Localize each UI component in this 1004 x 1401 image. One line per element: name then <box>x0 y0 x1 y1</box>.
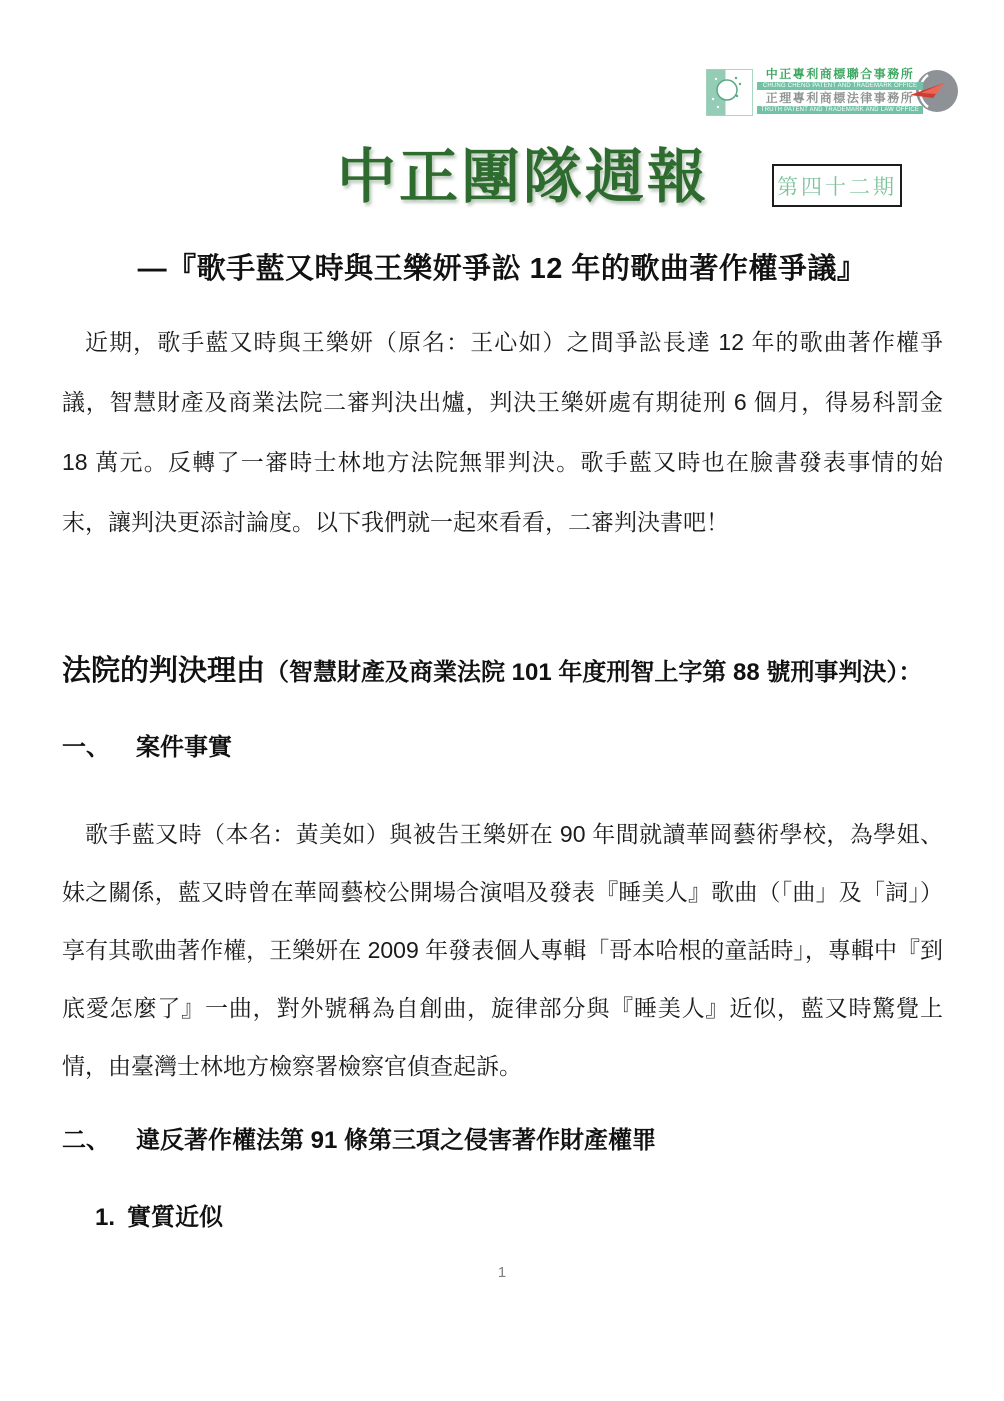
ruling-heading: 法院的判決理由（智慧財產及商業法院 101 年度刑智上字第 88 號刑事判決）： <box>62 648 922 689</box>
firm-name-en-2: TRUTH PATENT AND TRADEMARK AND LAW OFFIC… <box>757 106 923 114</box>
section2-title: 違反著作權法第 91 條第三項之侵害著作財產權罪 <box>136 1127 656 1154</box>
case-facts-paragraph: 歌手藍又時（本名：黃美如）與被告王樂妍在 90 年間就讀華岡藝術學校，為學姐、妹… <box>62 805 943 1095</box>
page-number: 1 <box>0 1264 1004 1281</box>
section1-number: 一、 <box>62 727 110 762</box>
subsection1-number: 1. <box>95 1204 115 1232</box>
section2-heading: 二、違反著作權法第 91 條第三項之侵害著作財產權罪 <box>62 1120 656 1155</box>
subsection1-heading: 1.實質近似 <box>95 1197 223 1232</box>
article-headline: —『歌手藍又時與王樂妍爭訟 12 年的歌曲著作權爭議』 <box>0 246 1004 287</box>
issue-badge: 第四十二期 <box>772 164 902 207</box>
subsection1-title: 實質近似 <box>127 1204 223 1231</box>
document-page: 中正專利商標聯合事務所 CHUNG CHENG PATENT AND TRADE… <box>0 0 1004 1401</box>
firm-name-en-1: CHUNG CHENG PATENT AND TRADEMARK OFFICE <box>757 82 923 90</box>
issue-label: 第四十二期 <box>777 171 897 201</box>
ruling-heading-main: 法院的判決理由 <box>62 655 265 687</box>
section2-number: 二、 <box>62 1120 110 1155</box>
firm-name-block: 中正專利商標聯合事務所 CHUNG CHENG PATENT AND TRADE… <box>757 68 923 116</box>
firm-logo: 中正專利商標聯合事務所 CHUNG CHENG PATENT AND TRADE… <box>706 66 959 118</box>
intro-paragraph: 近期，歌手藍又時與王樂妍（原名：王心如）之間爭訟長達 12 年的歌曲著作權爭議，… <box>62 312 943 552</box>
ruling-heading-case-number: （智慧財產及商業法院 101 年度刑智上字第 88 號刑事判決）： <box>265 659 922 686</box>
newsletter-title: 中正團隊週報 <box>337 144 709 210</box>
firm-name-zh-1: 中正專利商標聯合事務所 <box>757 68 923 81</box>
firm-seal-icon <box>706 69 753 116</box>
firm-name-zh-2: 正理專利商標法律事務所 <box>757 92 923 105</box>
section1-title: 案件事實 <box>136 734 232 761</box>
section1-heading: 一、案件事實 <box>62 727 232 762</box>
